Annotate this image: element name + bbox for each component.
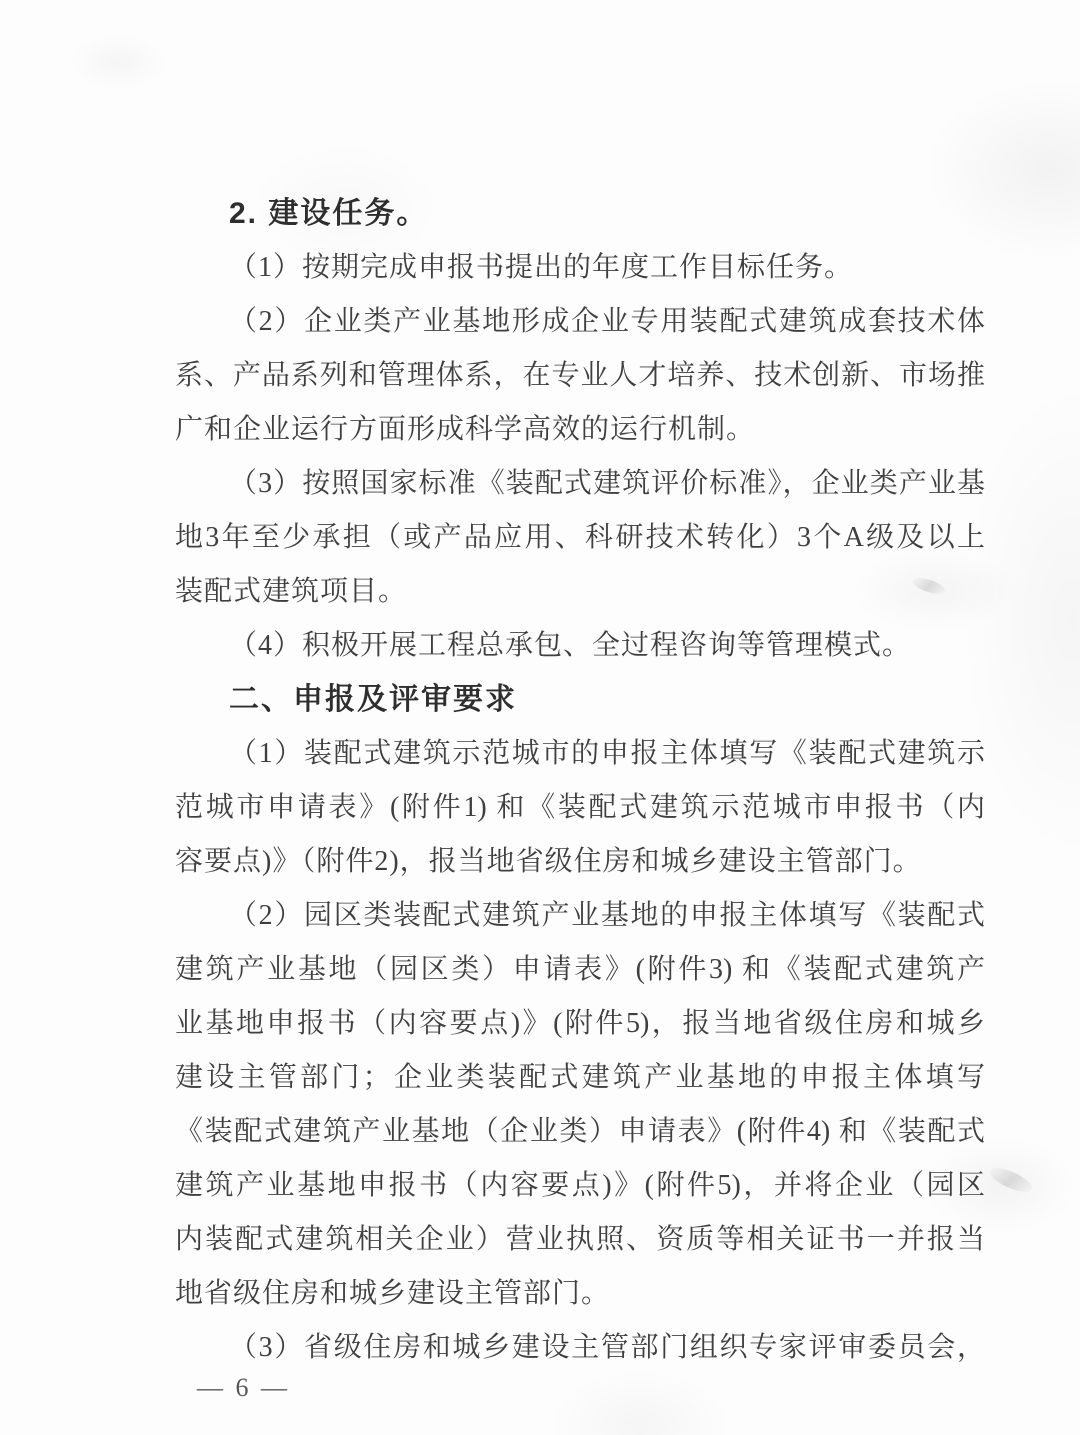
text-line: 地省级住房和城乡建设主管部门。 (175, 1267, 985, 1321)
scan-smudge (987, 1163, 1036, 1196)
text-line: 业基地申报书（内容要点)》(附件5)，报当地省级住房和城乡 (175, 997, 985, 1051)
section-heading: 二、申报及评审要求 (175, 673, 985, 727)
text-line: （1）装配式建筑示范城市的申报主体填写《装配式建筑示 (175, 727, 985, 781)
text-line: 建筑产业基地申报书（内容要点)》(附件5)，并将企业（园区 (175, 1159, 985, 1213)
text-line: （4）积极开展工程总承包、全过程咨询等管理模式。 (175, 619, 985, 673)
text-line: 装配式建筑项目。 (175, 565, 985, 619)
page-number: — 6 — (197, 1372, 290, 1404)
text-line: （3）按照国家标准《装配式建筑评价标准》，企业类产业基 (175, 457, 985, 511)
text-line: 广和企业运行方面形成科学高效的运行机制。 (175, 403, 985, 457)
text-line: （1）按期完成申报书提出的年度工作目标任务。 (175, 241, 985, 295)
text-line: （2）园区类装配式建筑产业基地的申报主体填写《装配式 (175, 889, 985, 943)
text-line: 建设主管部门；企业类装配式建筑产业基地的申报主体填写 (175, 1051, 985, 1105)
scanned-document-page: 2. 建设任务。 （1）按期完成申报书提出的年度工作目标任务。 （2）企业类产业… (0, 0, 1080, 1435)
text-line: 地3年至少承担（或产品应用、科研技术转化）3个A级及以上 (175, 511, 985, 565)
subsection-heading: 2. 建设任务。 (175, 187, 985, 241)
text-line: 内装配式建筑相关企业）营业执照、资质等相关证书一并报当 (175, 1213, 985, 1267)
text-line: 《装配式建筑产业基地（企业类）申请表》(附件4) 和《装配式 (175, 1105, 985, 1159)
text-line: 范城市申请表》(附件1) 和《装配式建筑示范城市申报书（内 (175, 781, 985, 835)
body-text-block: 2. 建设任务。 （1）按期完成申报书提出的年度工作目标任务。 （2）企业类产业… (175, 187, 985, 1375)
text-line: （2）企业类产业基地形成企业专用装配式建筑成套技术体 (175, 295, 985, 349)
text-line: 系、产品系列和管理体系，在专业人才培养、技术创新、市场推 (175, 349, 985, 403)
text-line: 建筑产业基地（园区类）申请表》(附件3) 和《装配式建筑产 (175, 943, 985, 997)
text-line: （3）省级住房和城乡建设主管部门组织专家评审委员会， (175, 1321, 985, 1375)
text-line: 容要点)》（附件2)，报当地省级住房和城乡建设主管部门。 (175, 835, 985, 889)
